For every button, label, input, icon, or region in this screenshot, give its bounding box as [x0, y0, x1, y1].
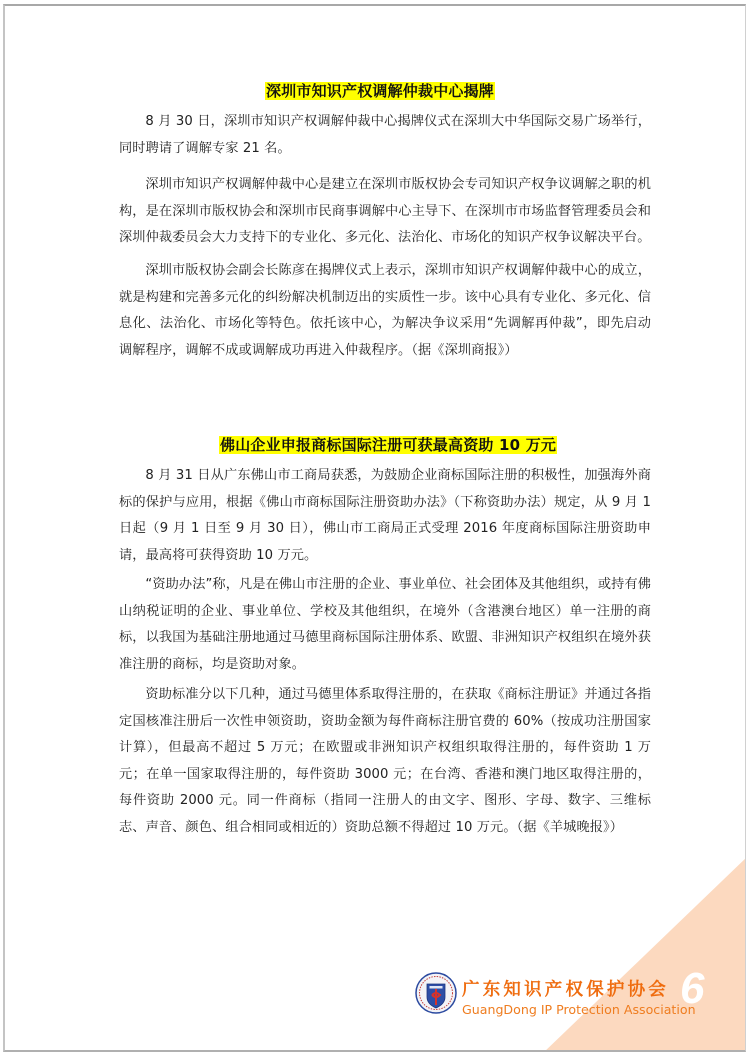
article-1-title: 深圳市知识产权调解仲裁中心揭牌 [265, 82, 495, 100]
footer-org-name-cn: 广东知识产权保护协会 [462, 976, 669, 1001]
article-2-title: 佛山企业申报商标国际注册可获最高资助 10 万元 [219, 436, 557, 454]
article-1-paragraph-3: 深圳市版权协会副会长陈彦在揭牌仪式上表示，深圳市知识产权调解仲裁中心的成立，就是… [119, 258, 651, 364]
article-1-paragraph-1: 8 月 30 日，深圳市知识产权调解仲裁中心揭牌仪式在深圳大中华国际交易广场举行… [119, 109, 651, 162]
article-2-paragraph-1: 8 月 31 日从广东佛山市工商局获悉，为鼓励企业商标国际注册的积极性，加强海外… [119, 463, 651, 569]
article-2-paragraph-3: 资助标准分以下几种，通过马德里体系取得注册的，在获取《商标注册证》并通过各指定国… [119, 682, 651, 841]
footer-org-name-en: GuangDong IP Protection Association [462, 1002, 696, 1017]
association-emblem-icon [415, 972, 457, 1014]
document-page: 深圳市知识产权调解仲裁中心揭牌 8 月 30 日，深圳市知识产权调解仲裁中心揭牌… [3, 4, 746, 1052]
page-number: 6 [680, 964, 704, 1014]
article-2-paragraph-2: “资助办法”称，凡是在佛山市注册的企业、事业单位、社会团体及其他组织，或持有佛山… [119, 572, 651, 678]
article-1-paragraph-2: 深圳市知识产权调解仲裁中心是建立在深圳市版权协会专司知识产权争议调解之职的机构，… [119, 172, 651, 252]
